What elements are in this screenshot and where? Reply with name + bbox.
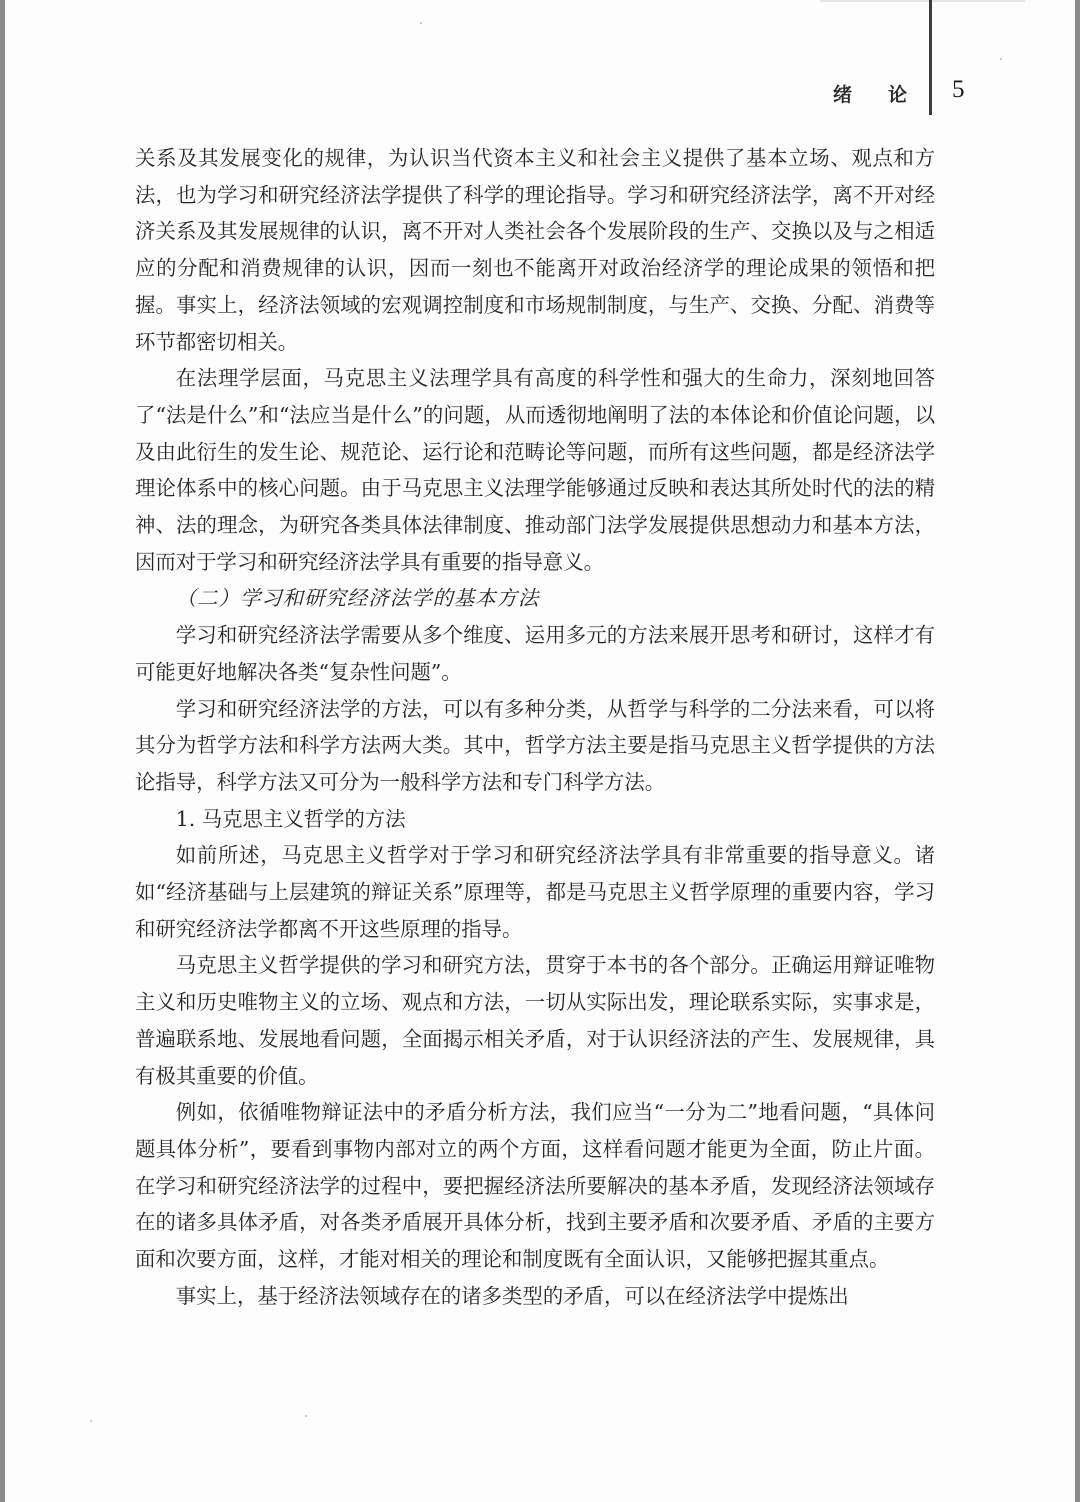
paragraph: 马克思主义哲学提供的学习和研究方法，贯穿于本书的各个部分。正确运用辩证唯物主义和… bbox=[135, 947, 935, 1094]
paragraph-continuation: 关系及其发展变化的规律，为认识当代资本主义和社会主义提供了基本立场、观点和方法，… bbox=[135, 140, 935, 360]
paragraph: 事实上，基于经济法领域存在的诸多类型的矛盾，可以在经济法学中提炼出 bbox=[135, 1278, 935, 1315]
paragraph: 学习和研究经济法学需要从多个维度、运用多元的方法来展开思考和研讨，这样才有可能更… bbox=[135, 617, 935, 690]
paragraph: 学习和研究经济法学的方法，可以有多种分类，从哲学与科学的二分法来看，可以将其分为… bbox=[135, 691, 935, 801]
page-header: 绪论 5 bbox=[5, 76, 1075, 116]
top-edge-rule bbox=[820, 0, 1025, 2]
running-title-char-1: 绪 bbox=[833, 84, 852, 106]
page-number: 5 bbox=[952, 76, 965, 104]
subsection-heading: 1. 马克思主义哲学的方法 bbox=[135, 801, 935, 838]
scan-speck bbox=[420, 22, 422, 24]
header-vertical-rule bbox=[929, 0, 932, 115]
body-text: 关系及其发展变化的规律，为认识当代资本主义和社会主义提供了基本立场、观点和方法，… bbox=[135, 140, 935, 1315]
paragraph: 例如，依循唯物辩证法中的矛盾分析方法，我们应当“一分为二”地看问题，“具体问题具… bbox=[135, 1094, 935, 1278]
scan-speck bbox=[90, 1420, 92, 1422]
paragraph: 在法理学层面，马克思主义法理学具有高度的科学性和强大的生命力，深刻地回答了“法是… bbox=[135, 360, 935, 580]
scan-speck bbox=[305, 1415, 307, 1417]
document-page: 绪论 5 关系及其发展变化的规律，为认识当代资本主义和社会主义提供了基本立场、观… bbox=[5, 0, 1075, 1502]
running-title-char-2: 论 bbox=[888, 84, 907, 106]
section-heading: （二）学习和研究经济法学的基本方法 bbox=[135, 580, 935, 617]
running-title: 绪论 bbox=[833, 80, 907, 107]
scan-speck bbox=[1000, 58, 1002, 60]
paragraph: 如前所述，马克思主义哲学对于学习和研究经济法学具有非常重要的指导意义。诸如“经济… bbox=[135, 837, 935, 947]
